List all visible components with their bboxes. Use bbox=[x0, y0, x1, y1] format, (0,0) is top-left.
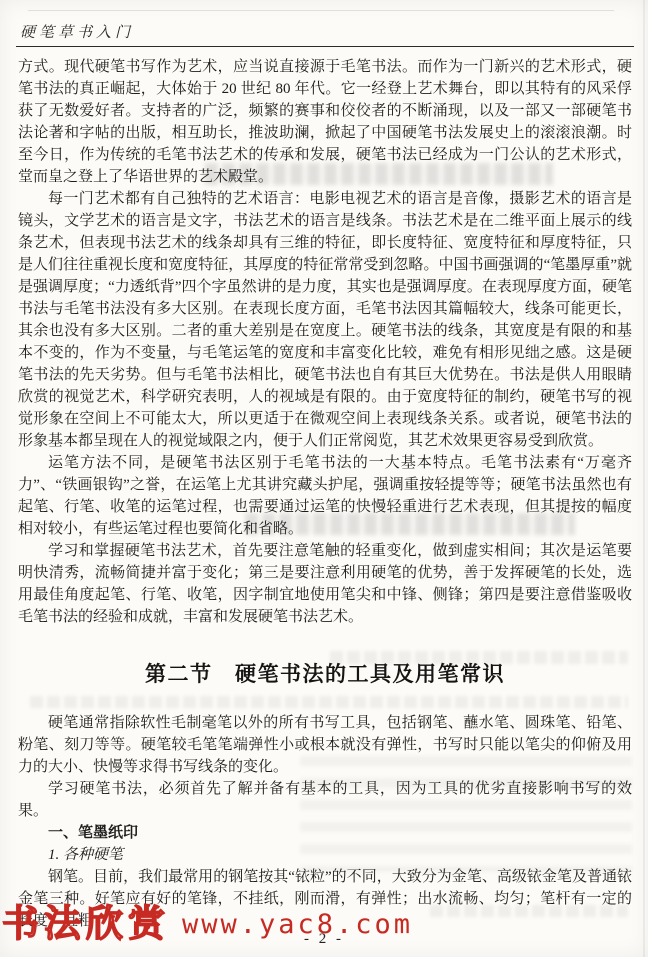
subheading-various-hard-pens: 1. 各种硬笔 bbox=[18, 844, 632, 866]
paragraph-intro-continuation: 方式。现代硬笔书写作为艺术，应当说直接源于毛笔书法。而作为一门新兴的艺术形式，硬… bbox=[18, 56, 632, 188]
paragraph-hardpen-definition: 硬笔通常指除软性毛制毫笔以外的所有书写工具，包括钢笔、蘸水笔、圆珠笔、铅笔、粉笔… bbox=[18, 712, 632, 778]
page-number: - 2 - bbox=[0, 931, 648, 948]
paragraph-stroke-method: 运笔方法不同，是硬笔书法区别于毛笔书法的一大基本特点。毛笔书法素有“万毫齐力”、… bbox=[18, 452, 632, 540]
scan-artifact-right-edge bbox=[643, 0, 645, 957]
paragraph-learning-points: 学习和掌握硬笔书法艺术，首先要注意笔触的轻重变化，做到虚实相间；其次是运笔要明快… bbox=[18, 540, 632, 628]
scan-artifact-top-line bbox=[28, 10, 614, 11]
running-header: 硬笔草书入门 bbox=[20, 21, 134, 42]
subheading-pen-ink-paper-seal: 一、笔墨纸印 bbox=[18, 822, 632, 844]
paragraph-art-language: 每一门艺术都有自己独特的艺术语言：电影电视艺术的语言是音像，摄影艺术的语言是镜头… bbox=[18, 188, 632, 452]
paragraph-pen-types: 钢笔。目前，我们最常用的钢笔按其“铱粒”的不同，大致分为金笔、高级铱金笔及普通铱… bbox=[18, 866, 632, 932]
header-rule bbox=[16, 46, 634, 47]
page-body-text: 方式。现代硬笔书写作为艺术，应当说直接源于毛笔书法。而作为一门新兴的艺术形式，硬… bbox=[18, 56, 632, 932]
section-heading: 第二节 硬笔书法的工具及用笔常识 bbox=[18, 664, 632, 686]
paragraph-tools-importance: 学习硬笔书法，必须首先了解并备有基本的工具，因为工具的优劣直接影响书写的效果。 bbox=[18, 778, 632, 822]
book-page: 硬笔草书入门 方式。现代硬笔书写作为艺术，应当说直接源于毛笔书法。而作为一门新兴… bbox=[0, 0, 648, 957]
